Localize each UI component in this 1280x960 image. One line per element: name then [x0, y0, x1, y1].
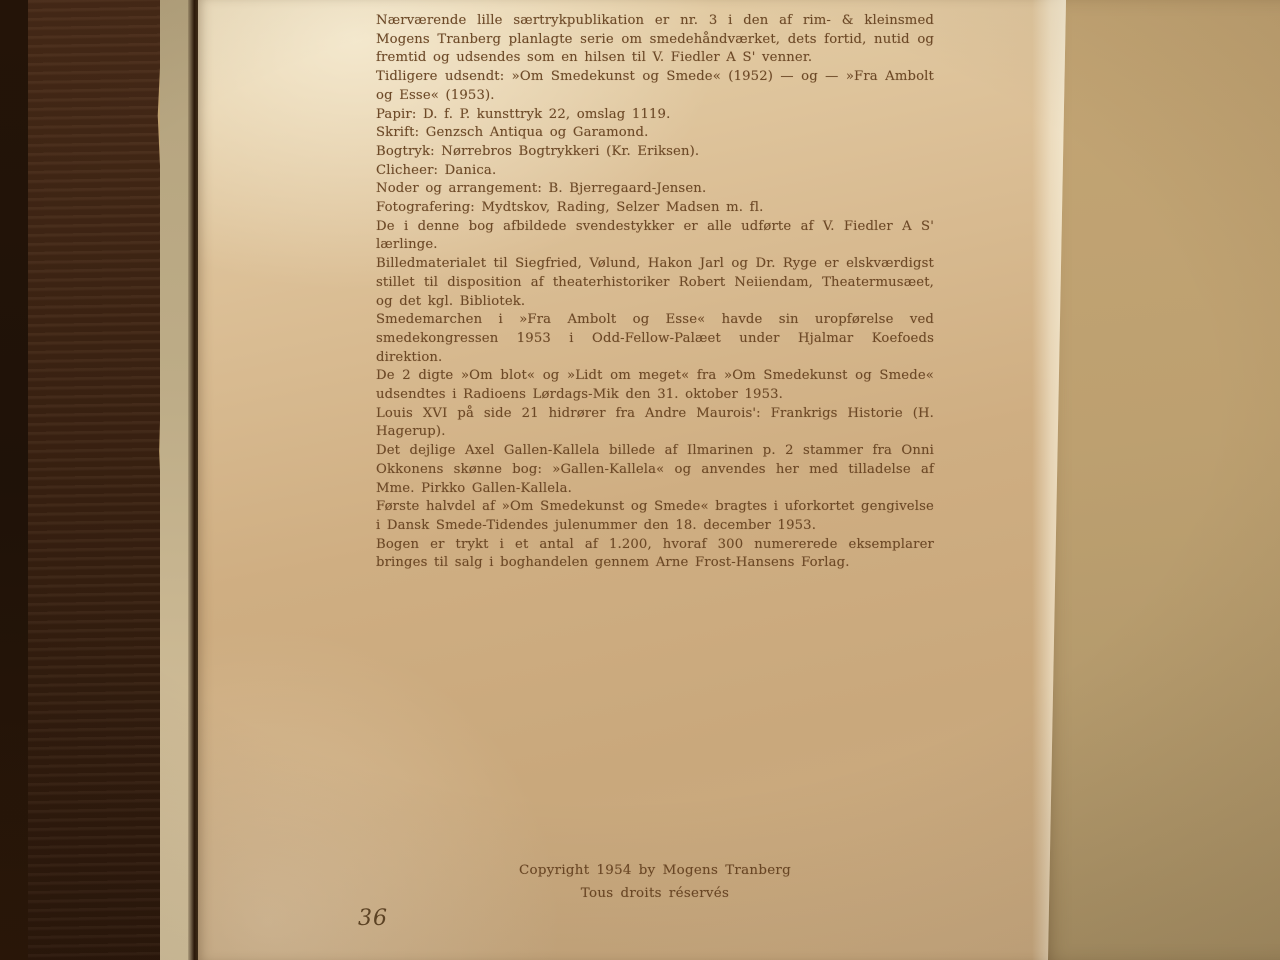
underlying-book-pages [1040, 0, 1280, 960]
rights-reserved-line: Tous droits réservés [376, 882, 934, 905]
book-page-photo: Nærværende lille særtrykpublikation er n… [0, 0, 1280, 960]
colophon-paragraph: Skrift: Genzsch Antiqua og Garamond. [376, 124, 934, 143]
colophon-paragraph: De 2 digte »Om blot« og »Lidt om meget« … [376, 367, 934, 404]
copyright-block: Copyright 1954 by Mogens Tranberg Tous d… [376, 859, 934, 905]
copyright-line: Copyright 1954 by Mogens Tranberg [376, 859, 934, 882]
page-number: 36 [358, 906, 388, 931]
colophon-paragraph: Fotografering: Mydtskov, Rading, Selzer … [376, 199, 934, 218]
colophon-text-block: Nærværende lille særtrykpublikation er n… [376, 12, 934, 573]
colophon-paragraph: Noder og arrangement: B. Bjerregaard-Jen… [376, 180, 934, 199]
colophon-paragraph: Billedmaterialet til Siegfried, Vølund, … [376, 255, 934, 311]
colophon-paragraph: Bogtryk: Nørrebros Bogtrykkeri (Kr. Erik… [376, 143, 934, 162]
colophon-paragraph: Louis XVI på side 21 hidrører fra Andre … [376, 405, 934, 442]
colophon-paragraph: Clicheer: Danica. [376, 162, 934, 181]
colophon-paragraph: Papir: D. f. P. kunsttryk 22, omslag 111… [376, 106, 934, 125]
colophon-paragraph: Det dejlige Axel Gallen-Kallela billede … [376, 442, 934, 498]
colophon-page: Nærværende lille særtrykpublikation er n… [198, 0, 1066, 960]
colophon-paragraph: Første halvdel af »Om Smedekunst og Smed… [376, 498, 934, 535]
colophon-paragraph: Bogen er trykt i et antal af 1.200, hvor… [376, 536, 934, 573]
wooden-table [28, 0, 166, 960]
table-edge-shadow [0, 0, 30, 960]
colophon-paragraph: Nærværende lille særtrykpublikation er n… [376, 12, 934, 68]
colophon-paragraph: Smedemarchen i »Fra Ambolt og Esse« havd… [376, 311, 934, 367]
colophon-paragraph: De i denne bog afbildede svendestykker e… [376, 218, 934, 255]
colophon-paragraph: Tidligere udsendt: »Om Smedekunst og Sme… [376, 68, 934, 105]
